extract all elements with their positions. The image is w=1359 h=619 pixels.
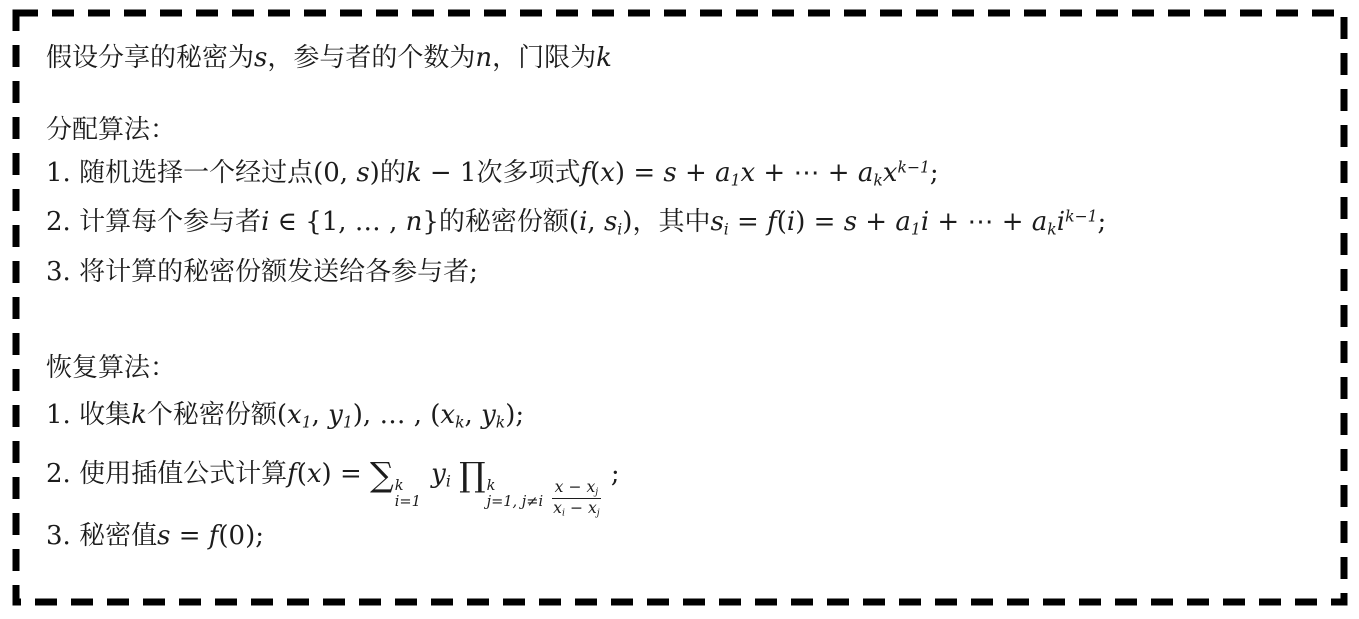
recovery-algorithm-heading: 恢复算法： — [46, 352, 176, 384]
distribution-step-3: 3. 将计算的秘密份额发送给各参与者; — [46, 256, 478, 288]
distribution-algorithm-heading: 分配算法： — [46, 114, 176, 146]
distribution-step-2: 2. 计算每个参与者i ∈ {1, … , n}的秘密份额(i, si)，其中s… — [46, 206, 1106, 238]
recovery-step-1: 1. 收集k个秘密份额(x1, y1), … , (xk, yk); — [46, 399, 524, 431]
distribution-step-1: 1. 随机选择一个经过点(0, s)的k − 1次多项式f(x) = s + a… — [46, 157, 939, 189]
intro-line: 假设分享的秘密为s，参与者的个数为n，门限为k — [46, 42, 612, 74]
recovery-step-3: 3. 秘密值s = f(0); — [46, 520, 264, 552]
recovery-step-2: 2. 使用插值公式计算f(x) = ∑ki=1 yi ∏kj=1, j≠ix −… — [46, 458, 620, 519]
